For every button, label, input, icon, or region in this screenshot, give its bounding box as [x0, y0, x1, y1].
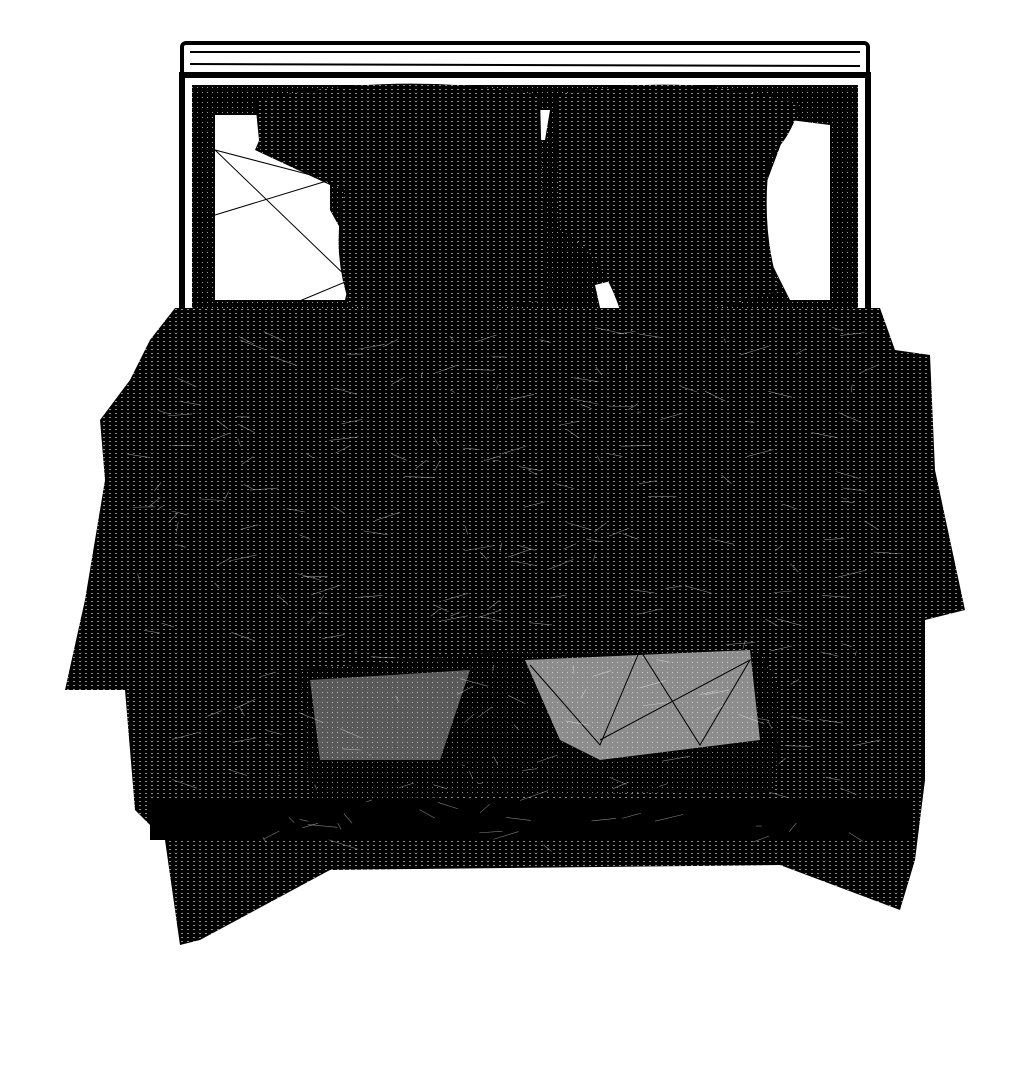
render-canvas	[0, 0, 1014, 1080]
bed-wireframe	[0, 0, 1014, 1080]
duvet	[65, 308, 965, 945]
